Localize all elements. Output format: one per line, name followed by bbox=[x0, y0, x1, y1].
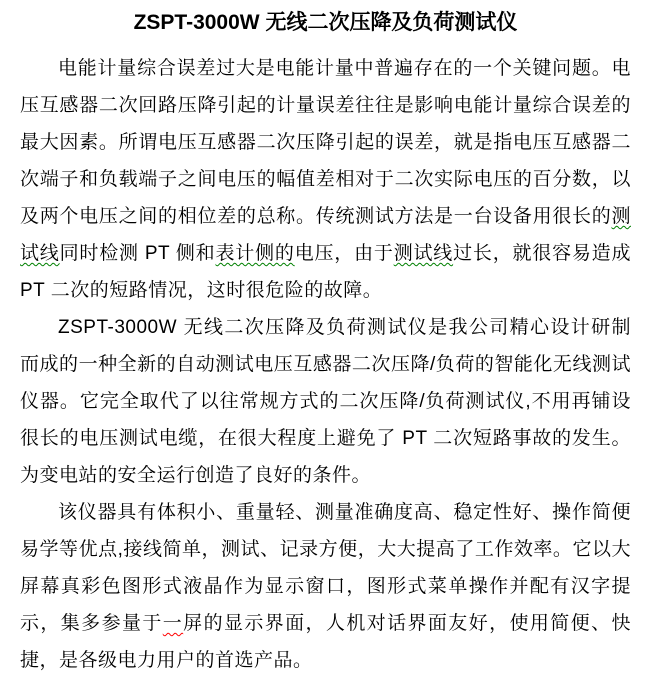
grammar-flagged-text: 表计侧的 bbox=[215, 243, 294, 264]
spelling-flagged-text: 一 bbox=[163, 613, 183, 634]
document-page: ZSPT-3000W 无线二次压降及负荷测试仪 电能计量综合误差过大是电能计量中… bbox=[0, 0, 650, 682]
paragraph-intro-problem: 电能计量综合误差过大是电能计量中普遍存在的一个关键问题。电压互感器二次回路压降引… bbox=[20, 50, 631, 309]
text-segment: ZSPT-3000W 无线二次压降及负荷测试仪是我公司精心设计研制而成的一种全新… bbox=[20, 317, 631, 486]
paragraph-product-features: 该仪器具有体积小、重量轻、测量准确度高、稳定性好、操作简便易学等优点,接线简单，… bbox=[20, 494, 631, 679]
paragraph-product-description: ZSPT-3000W 无线二次压降及负荷测试仪是我公司精心设计研制而成的一种全新… bbox=[20, 309, 631, 494]
text-segment: 同时检测 PT 侧和 bbox=[60, 243, 216, 264]
grammar-flagged-text: 测试线 bbox=[394, 243, 453, 264]
document-title: ZSPT-3000W 无线二次压降及负荷测试仪 bbox=[20, 10, 631, 36]
text-segment: 电能计量综合误差过大是电能计量中普遍存在的一个关键问题。电压互感器二次回路压降引… bbox=[20, 58, 631, 227]
text-segment: 电压，由于 bbox=[295, 243, 394, 264]
